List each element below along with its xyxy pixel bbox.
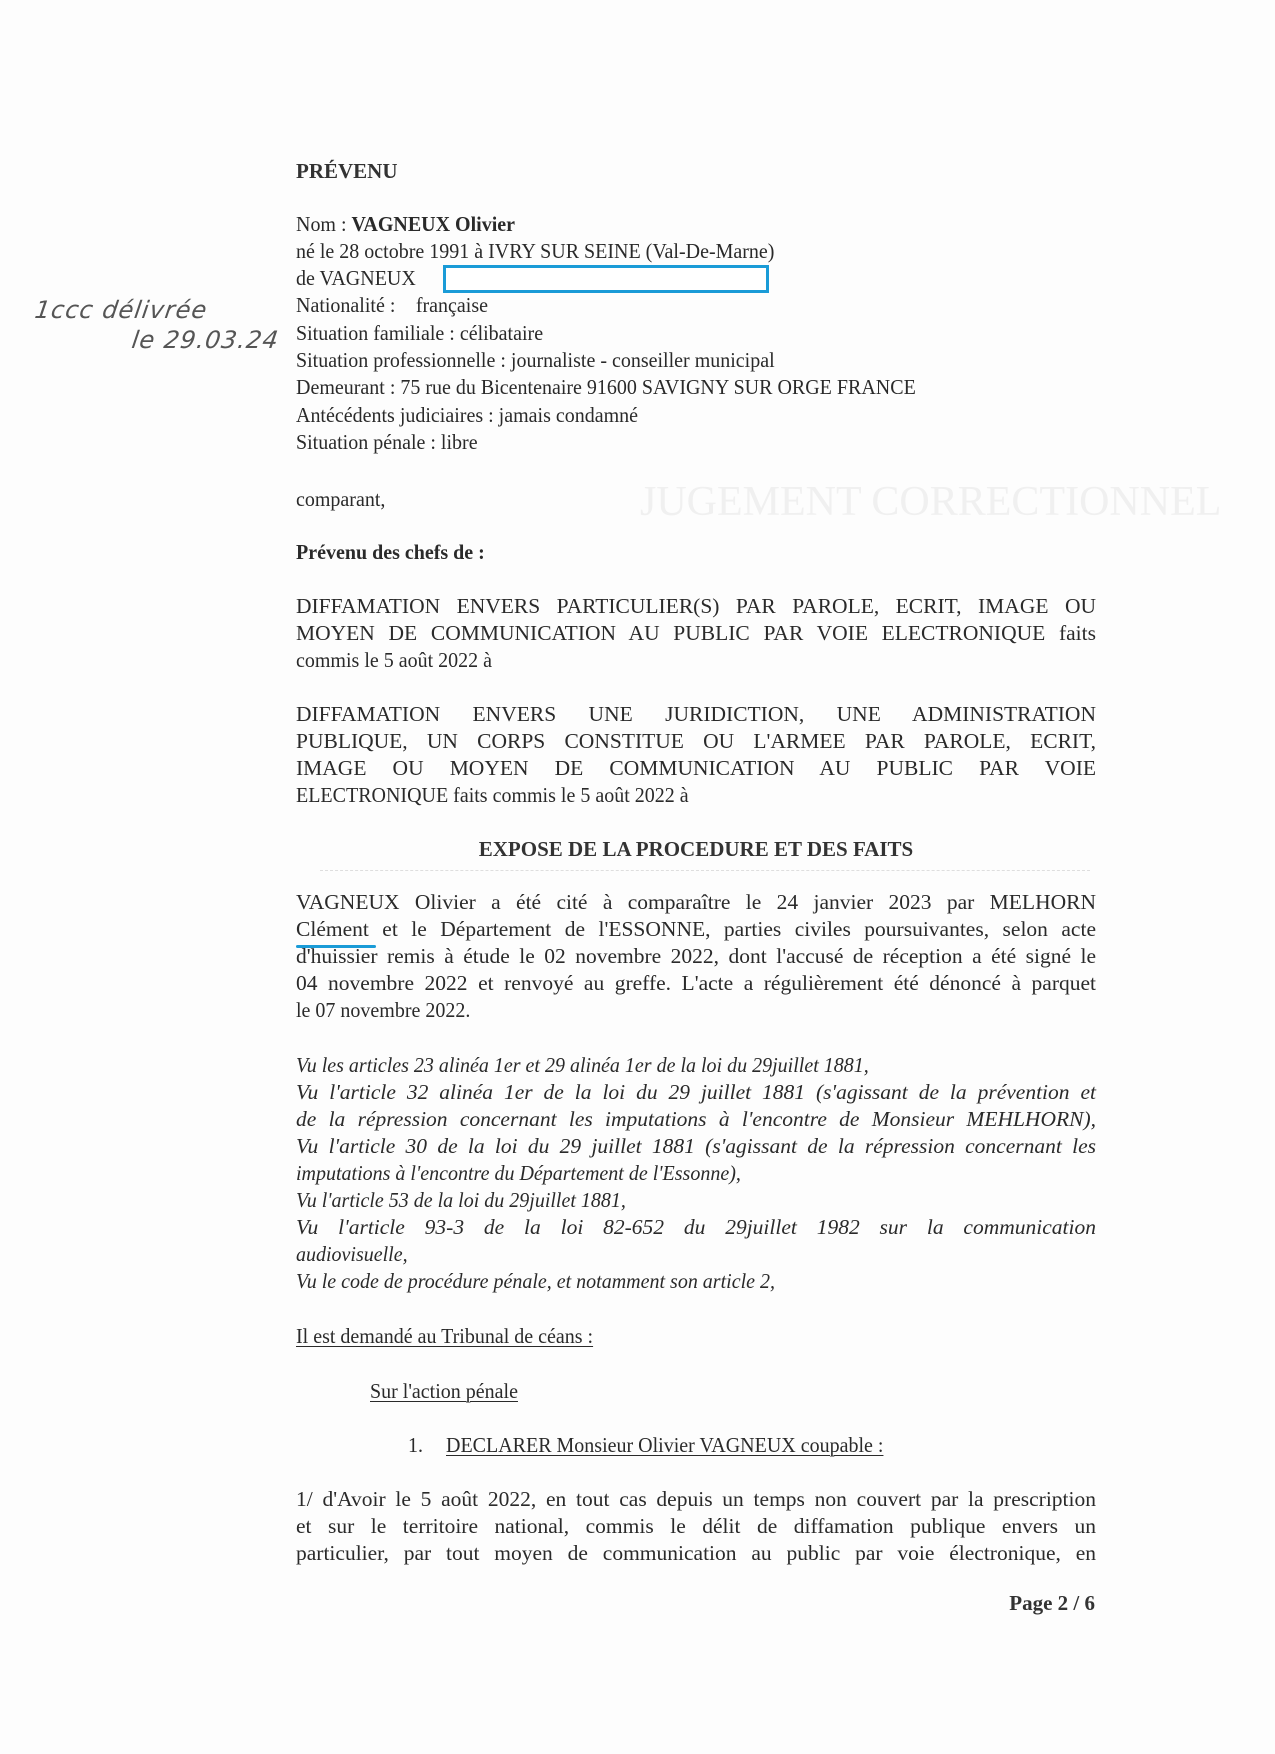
- identity-situation-familiale: Situation familiale : célibataire: [296, 320, 1040, 347]
- nationalite-label: Nationalité :: [296, 293, 395, 317]
- vu-line: Vu l'article 53 de la loi du 29juillet 1…: [296, 1187, 1040, 1214]
- final-line: et sur le territoire national, commis le…: [296, 1513, 1096, 1540]
- section-prevenu-heading: PRÉVENU: [296, 158, 1096, 185]
- charge1-line: DIFFAMATION ENVERS PARTICULIER(S) PAR PA…: [296, 593, 1096, 620]
- charge2-line: DIFFAMATION ENVERS UNE JURIDICTION, UNE …: [296, 701, 1096, 728]
- handwritten-note-line1: 1ccc délivrée: [33, 296, 209, 324]
- charge2-line: ELECTRONIQUE faits commis le 5 août 2022…: [296, 782, 1040, 809]
- scan-artifact-line: [320, 870, 1090, 871]
- vu-line: audiovisuelle,: [296, 1241, 1040, 1268]
- comparant-text: comparant,: [296, 486, 1040, 513]
- nom-value: VAGNEUX Olivier: [352, 212, 515, 236]
- charge2-line: PUBLIQUE, UN CORPS CONSTITUE OU L'ARMEE …: [296, 728, 1096, 755]
- charge1-line: commis le 5 août 2022 à: [296, 647, 1040, 674]
- expose-line: VAGNEUX Olivier a été cité à comparaître…: [296, 889, 1096, 916]
- vu-line: Vu l'article 93-3 de la loi 82-652 du 29…: [296, 1214, 1096, 1241]
- expose-heading: EXPOSE DE LA PROCEDURE ET DES FAITS: [296, 836, 1096, 863]
- item1-text: DECLARER Monsieur Olivier VAGNEUX coupab…: [446, 1432, 1190, 1459]
- page-number: Page 2 / 6: [1009, 1591, 1095, 1616]
- final-line: particulier, par tout moyen de communica…: [296, 1540, 1096, 1567]
- nationalite-value: française: [416, 293, 488, 317]
- vu-line: Vu l'article 30 de la loi du 29 juillet …: [296, 1133, 1096, 1160]
- identity-antecedents: Antécédents judiciaires : jamais condamn…: [296, 402, 1040, 429]
- expose-line: d'huissier remis à étude le 02 novembre …: [296, 943, 1096, 970]
- identity-situation-professionnelle: Situation professionnelle : journaliste …: [296, 347, 1040, 374]
- document-page: JUGEMENT CORRECTIONNEL 1ccc délivrée le …: [0, 0, 1275, 1754]
- final-line: 1/ d'Avoir le 5 août 2022, en tout cas d…: [296, 1486, 1096, 1513]
- vu-line: Vu l'article 32 alinéa 1er de la loi du …: [296, 1079, 1096, 1106]
- charge2-line: IMAGE OU MOYEN DE COMMUNICATION AU PUBLI…: [296, 755, 1096, 782]
- expose-line: le 07 novembre 2022.: [296, 997, 1040, 1024]
- vu-line: imputations à l'encontre du Département …: [296, 1160, 1040, 1187]
- nom-label: Nom :: [296, 212, 352, 236]
- chefs-heading: Prévenu des chefs de :: [296, 539, 1040, 566]
- vu-line: de la répression concernant les imputati…: [296, 1106, 1096, 1133]
- identity-naissance: né le 28 octobre 1991 à IVRY SUR SEINE (…: [296, 238, 1040, 265]
- handwritten-note-line2: le 29.03.24: [130, 326, 281, 354]
- expose-line: Clément et le Département de l'ESSONNE, …: [296, 916, 1096, 943]
- redaction-box: [443, 265, 769, 293]
- demande-heading: Il est demandé au Tribunal de céans :: [296, 1323, 1040, 1350]
- identity-nationalite: Nationalité :française: [296, 292, 1040, 319]
- identity-nom: Nom : VAGNEUX Olivier: [296, 211, 1040, 238]
- expose-line: 04 novembre 2022 et renvoyé au greffe. L…: [296, 970, 1096, 997]
- vu-line: Vu le code de procédure pénale, et notam…: [296, 1268, 1040, 1295]
- charge1-line: MOYEN DE COMMUNICATION AU PUBLIC PAR VOI…: [296, 620, 1096, 647]
- identity-demeurant: Demeurant : 75 rue du Bicentenaire 91600…: [296, 374, 1040, 401]
- identity-situation-penale: Situation pénale : libre: [296, 429, 1040, 456]
- action-penale-heading: Sur l'action pénale: [370, 1378, 1114, 1405]
- item1-number: 1.: [408, 1432, 445, 1459]
- vu-line: Vu les articles 23 alinéa 1er et 29 alin…: [296, 1052, 1040, 1079]
